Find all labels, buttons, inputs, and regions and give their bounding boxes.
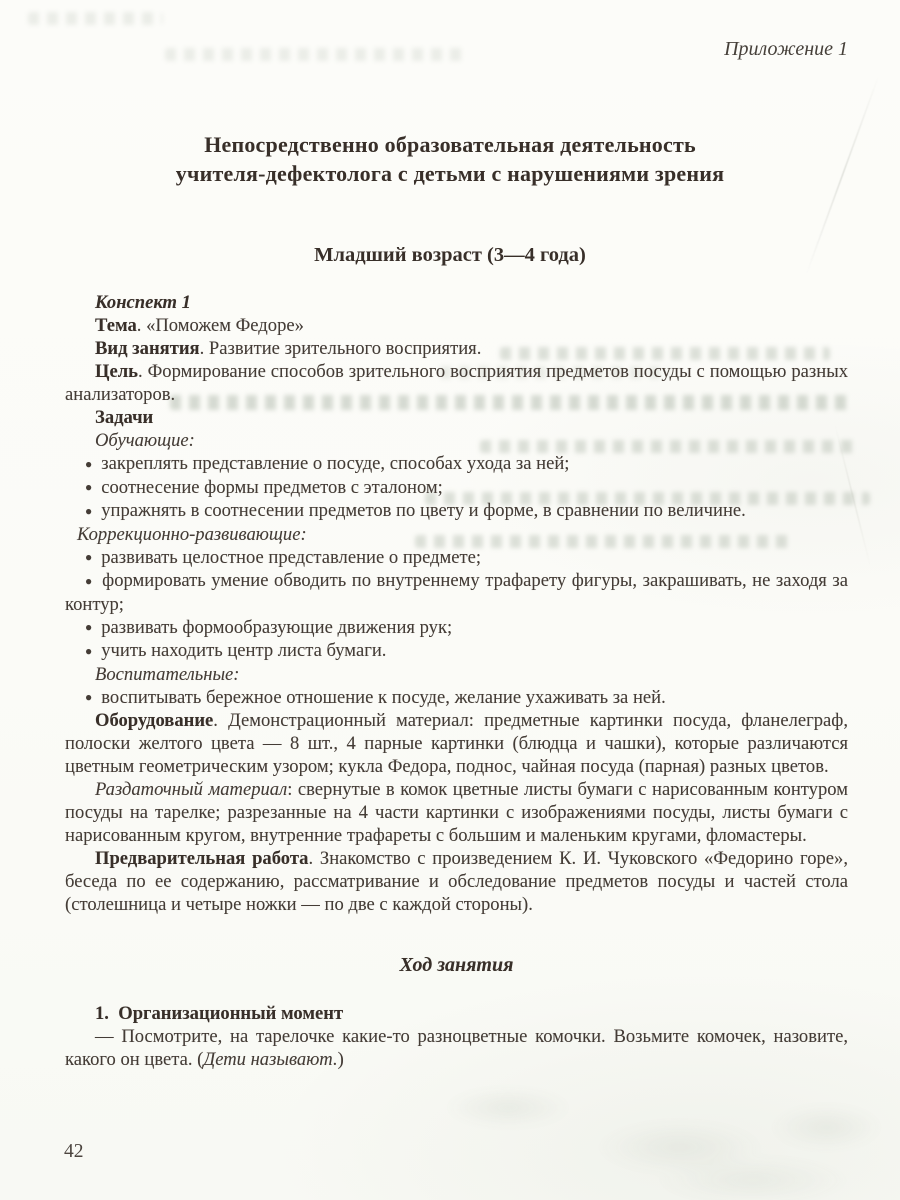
- training-tasks-label: Обучающие:: [65, 429, 848, 452]
- appendix-label: Приложение 1: [724, 38, 848, 61]
- bullet-icon: ●: [85, 574, 93, 588]
- step-1-heading: 1. Организационный момент: [65, 1002, 848, 1025]
- correctional-tasks-label: Коррекционно-развивающие:: [65, 523, 848, 546]
- page-title-line2: учителя-дефектолога с детьми с нарушения…: [0, 159, 900, 188]
- correctional-task-item: ●развивать целостное представление о пре…: [65, 546, 848, 570]
- step-1-paragraph: — Посмотрите, на тарелочке какие-то разн…: [65, 1025, 848, 1071]
- step-1-stage-direction: Дети называют.: [203, 1049, 337, 1070]
- list-item-text: развивать формообразующие движения рук;: [101, 617, 452, 638]
- step-1-text: — Посмотрите, на тарелочке какие-то разн…: [65, 1026, 848, 1070]
- correctional-task-item: ●развивать формообразующие движения рук;: [65, 616, 848, 640]
- age-group-heading: Младший возраст (3—4 года): [0, 244, 900, 267]
- bleed-through-artifact: [28, 12, 163, 25]
- bullet-icon: ●: [85, 690, 92, 704]
- equipment-paragraph: Оборудование. Демонстрационный материал:…: [65, 709, 848, 778]
- list-item-text: развивать целостное представление о пред…: [101, 547, 481, 568]
- bleed-through-artifact: [165, 48, 465, 61]
- training-task-item: ●упражнять в соотнесении предметов по цв…: [65, 499, 848, 523]
- goal-paragraph: Цель. Формирование способов зрительного …: [65, 360, 848, 406]
- topic-line: Тема. «Поможем Федоре»: [65, 314, 848, 337]
- lesson-flow-heading: Ход занятия: [65, 954, 848, 977]
- bullet-icon: ●: [85, 457, 92, 471]
- list-item-text: упражнять в соотнесении предметов по цве…: [101, 500, 746, 521]
- handout-label: Раздаточный материал: [95, 779, 287, 800]
- list-item-text: соотнесение формы предметов с эталоном;: [101, 477, 443, 498]
- goal-label: Цель: [95, 361, 138, 382]
- equipment-label: Оборудование: [95, 710, 213, 731]
- preliminary-work-paragraph: Предварительная работа. Знакомство с про…: [65, 847, 848, 916]
- training-task-item: ●соотнесение формы предметов с эталоном;: [65, 476, 848, 500]
- scanned-book-page: Приложение 1 Непосредственно образовател…: [0, 0, 900, 1200]
- bullet-icon: ●: [85, 504, 92, 518]
- tasks-heading: Задачи: [65, 406, 848, 429]
- scan-noise: [410, 1068, 900, 1200]
- bullet-icon: ●: [85, 480, 92, 494]
- bullet-icon: ●: [85, 620, 92, 634]
- lesson-flow-section: Ход занятия 1. Организационный момент — …: [65, 954, 848, 1071]
- educational-task-item: ●воспитывать бережное отношение к посуде…: [65, 686, 848, 710]
- lesson-type-label: Вид занятия: [95, 338, 200, 359]
- handout-paragraph: Раздаточный материал: свернутые в комок …: [65, 778, 848, 847]
- correctional-task-item: ●учить находить центр листа бумаги.: [65, 639, 848, 663]
- training-task-item: ●закреплять представление о посуде, спос…: [65, 452, 848, 476]
- educational-tasks-label: Воспитательные:: [65, 663, 848, 686]
- page-title: Непосредственно образовательная деятельн…: [0, 130, 900, 188]
- list-item-text: воспитывать бережное отношение к посуде,…: [101, 687, 666, 708]
- lesson-type-line: Вид занятия. Развитие зрительного воспри…: [65, 337, 848, 360]
- bullet-icon: ●: [85, 550, 92, 564]
- topic-label: Тема: [95, 315, 137, 336]
- konspekt-heading: Конспект 1: [65, 291, 848, 314]
- list-item-text: закреплять представление о посуде, спосо…: [101, 453, 569, 474]
- bullet-icon: ●: [85, 644, 92, 658]
- goal-text: . Формирование способов зрительного восп…: [65, 361, 848, 405]
- step-1-text-end: ): [338, 1049, 344, 1070]
- list-item-text: учить находить центр листа бумаги.: [101, 640, 386, 661]
- preliminary-work-label: Предварительная работа: [95, 848, 308, 869]
- list-item-text: формировать умение обводить по внутренне…: [65, 570, 848, 615]
- lesson-type-text: . Развитие зрительного восприятия.: [200, 338, 482, 359]
- correctional-task-item: ●формировать умение обводить по внутренн…: [65, 569, 848, 616]
- page-title-line1: Непосредственно образовательная деятельн…: [0, 130, 900, 159]
- lesson-plan-body: Конспект 1 Тема. «Поможем Федоре» Вид за…: [65, 291, 848, 1071]
- topic-text: . «Поможем Федоре»: [137, 315, 304, 336]
- page-number: 42: [64, 1141, 84, 1163]
